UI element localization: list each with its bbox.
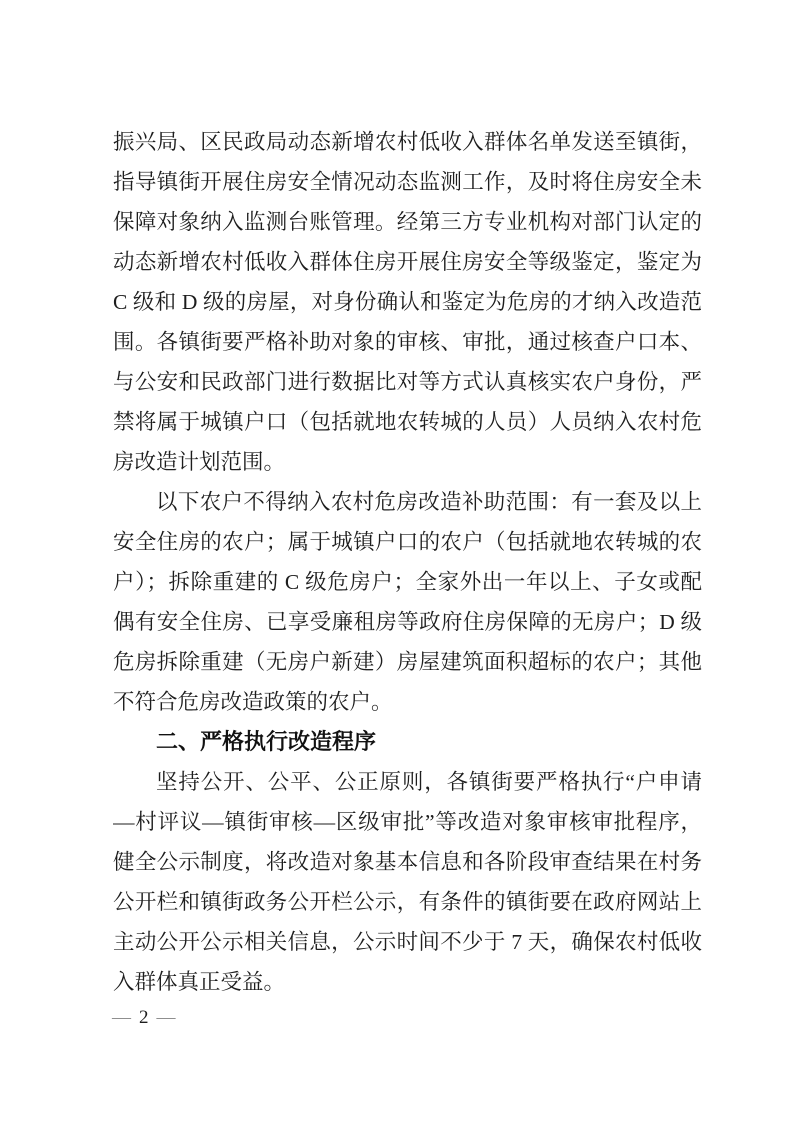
section-heading: 二、严格执行改造程序 [113, 722, 702, 762]
text-line: 以下农户不得纳入农村危房改造补助范围：有一套及以上 [113, 482, 702, 522]
document-page: 振兴局、区民政局动态新增农村低收入群体名单发送至镇街，指导镇街开展住房安全情况动… [0, 0, 794, 1123]
text-line: 坚持公开、公平、公正原则，各镇街要严格执行“户申请 [113, 762, 702, 802]
text-line: 主动公开公示相关信息，公示时间不少于 7 天，确保农村低收 [113, 922, 702, 962]
text-line: 房改造计划范围。 [113, 442, 702, 482]
text-line: 指导镇街开展住房安全情况动态监测工作，及时将住房安全未 [113, 162, 702, 202]
text-line: 振兴局、区民政局动态新增农村低收入群体名单发送至镇街， [113, 122, 702, 162]
text-line: 不符合危房改造政策的农户。 [113, 682, 702, 722]
document-body: 振兴局、区民政局动态新增农村低收入群体名单发送至镇街，指导镇街开展住房安全情况动… [113, 122, 702, 1002]
text-line: 围。各镇街要严格补助对象的审核、审批，通过核查户口本、 [113, 322, 702, 362]
page-number: —2— [112, 1003, 177, 1033]
text-line: 危房拆除重建（无房户新建）房屋建筑面积超标的农户；其他 [113, 642, 702, 682]
text-line: 户）；拆除重建的 C 级危房户；全家外出一年以上、子女或配 [113, 562, 702, 602]
text-line: 与公安和民政部门进行数据比对等方式认真核实农户身份，严 [113, 362, 702, 402]
text-line: —村评议—镇街审核—区级审批”等改造对象审核审批程序， [113, 802, 702, 842]
page-number-value: 2 [139, 1007, 150, 1028]
text-line: 安全住房的农户；属于城镇户口的农户（包括就地农转城的农 [113, 522, 702, 562]
text-line: 保障对象纳入监测台账管理。经第三方专业机构对部门认定的 [113, 202, 702, 242]
page-number-dash-left: — [112, 1007, 132, 1028]
text-line: 入群体真正受益。 [113, 962, 702, 1002]
text-line: 禁将属于城镇户口（包括就地农转城的人员）人员纳入农村危 [113, 402, 702, 442]
text-line: 健全公示制度，将改造对象基本信息和各阶段审查结果在村务 [113, 842, 702, 882]
text-line: C 级和 D 级的房屋，对身份确认和鉴定为危房的才纳入改造范 [113, 282, 702, 322]
text-line: 动态新增农村低收入群体住房开展住房安全等级鉴定，鉴定为 [113, 242, 702, 282]
text-line: 偶有安全住房、已享受廉租房等政府住房保障的无房户；D 级 [113, 602, 702, 642]
text-line: 公开栏和镇街政务公开栏公示，有条件的镇街要在政府网站上 [113, 882, 702, 922]
page-number-dash-right: — [157, 1007, 177, 1028]
